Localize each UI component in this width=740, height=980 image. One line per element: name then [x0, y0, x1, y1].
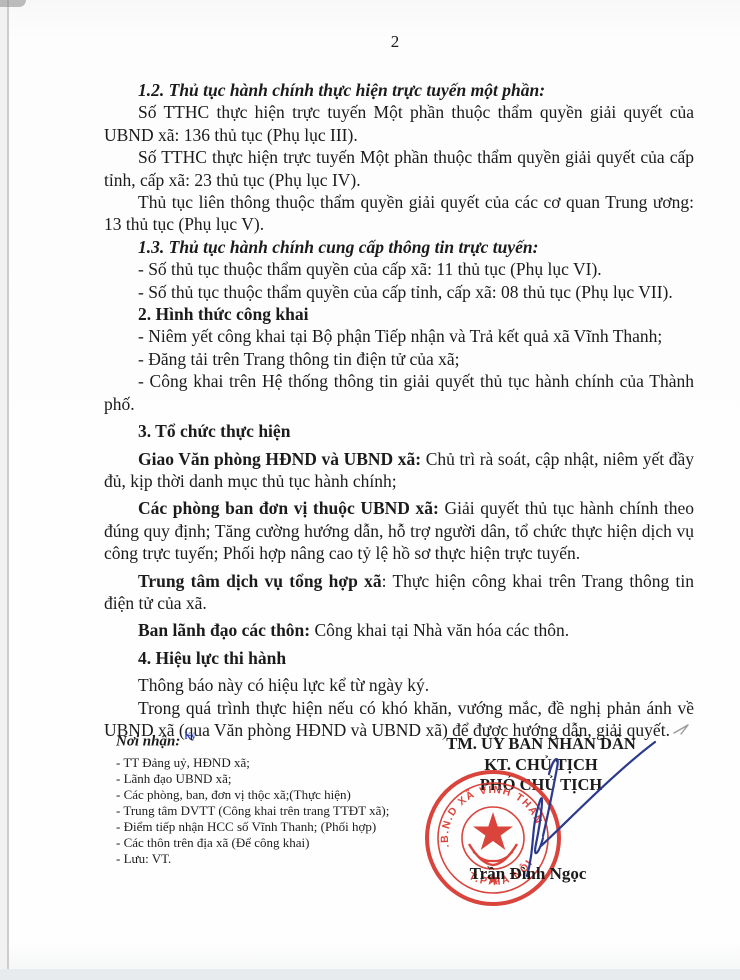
- paragraph-assignment-departments: Các phòng ban đơn vị thuộc UBND xã: Giải…: [104, 497, 694, 564]
- recipient-item: - Các phòng, ban, đơn vị thộc xã;(Thực h…: [116, 787, 416, 803]
- recipient-item: - Lãnh đạo UBND xã;: [116, 771, 416, 787]
- paragraph-public-website: - Đăng tải trên Trang thông tin điện tử …: [104, 348, 694, 370]
- assignment-office-lead: Giao Văn phòng HĐND và UBND xã:: [138, 449, 421, 469]
- assignment-service-center-lead: Trung tâm dịch vụ tổng hợp xã: [138, 571, 382, 591]
- assignment-villages-lead: Ban lãnh đạo các thôn:: [138, 620, 310, 640]
- paragraph-assignment-villages: Ban lãnh đạo các thôn: Công khai tại Nhà…: [104, 619, 694, 641]
- scan-bottom-strip: [0, 969, 740, 980]
- document-page: 2 1.2. Thủ tục hành chính thực hiện trực…: [0, 0, 740, 980]
- recipients-label: Nơi nhận:: [116, 733, 180, 749]
- paragraph-info-commune: - Số thủ tục thuộc thẩm quyền của cấp xã…: [104, 258, 694, 280]
- recipients-header: Nơi nhận:Ký: [116, 731, 416, 750]
- paragraph-info-province: - Số thủ tục thuộc thẩm quyền của cấp tỉ…: [104, 281, 694, 303]
- scan-edge-gutter: [0, 0, 7, 980]
- paragraph-public-system: - Công khai trên Hệ thống thông tin giải…: [104, 370, 694, 415]
- pen-mark-icon: [672, 722, 694, 736]
- signer-name: Trần Đình Ngọc: [428, 864, 628, 884]
- recipient-item: - Các thôn trên địa xã (Để công khai): [116, 835, 416, 851]
- recipients-block: Nơi nhận:Ký - TT Đảng uỷ, HĐND xã; - Lãn…: [116, 731, 416, 867]
- paragraph-interlinked-central: Thủ tục liên thông thuộc thẩm quyền giải…: [104, 191, 694, 236]
- assignment-villages-rest: Công khai tại Nhà văn hóa các thôn.: [310, 620, 569, 640]
- assignment-departments-lead: Các phòng ban đơn vị thuộc UBND xã:: [138, 498, 439, 518]
- recipient-item: - Điểm tiếp nhận HCC số Vĩnh Thanh; (Phố…: [116, 819, 416, 835]
- paragraph-online-partial-commune: Số TTHC thực hiện trực tuyến Một phần th…: [104, 101, 694, 146]
- paragraph-effective-date: Thông báo này có hiệu lực kể từ ngày ký.: [104, 674, 694, 696]
- recipient-item: - Trung tâm DVTT (Công khai trên trang T…: [116, 803, 416, 819]
- paragraph-online-partial-province: Số TTHC thực hiện trực tuyến Một phần th…: [104, 146, 694, 191]
- recipient-item: - Lưu: VT.: [116, 851, 416, 867]
- paragraph-assignment-office: Giao Văn phòng HĐND và UBND xã: Chủ trì …: [104, 448, 694, 493]
- scan-edge-line: [7, 0, 9, 980]
- paragraph-public-posting: - Niêm yết công khai tại Bộ phận Tiếp nh…: [104, 325, 694, 347]
- recipients-list: - TT Đảng uỷ, HĐND xã; - Lãnh đạo UBND x…: [116, 755, 416, 867]
- heading-3: 3. Tổ chức thực hiện: [104, 420, 694, 442]
- recipient-item: - TT Đảng uỷ, HĐND xã;: [116, 755, 416, 771]
- scan-corner-smudge: [0, 0, 26, 7]
- document-body: 1.2. Thủ tục hành chính thực hiện trực t…: [104, 79, 694, 741]
- heading-4: 4. Hiệu lực thi hành: [104, 647, 694, 669]
- heading-1-3: 1.3. Thủ tục hành chính cung cấp thông t…: [104, 236, 694, 258]
- heading-1-2: 1.2. Thủ tục hành chính thực hiện trực t…: [104, 79, 694, 101]
- paragraph-assignment-service-center: Trung tâm dịch vụ tổng hợp xã: Thực hiện…: [104, 570, 694, 615]
- page-number: 2: [0, 32, 740, 52]
- heading-2: 2. Hình thức công khai: [104, 303, 694, 325]
- ky-annotation: Ký: [184, 731, 196, 741]
